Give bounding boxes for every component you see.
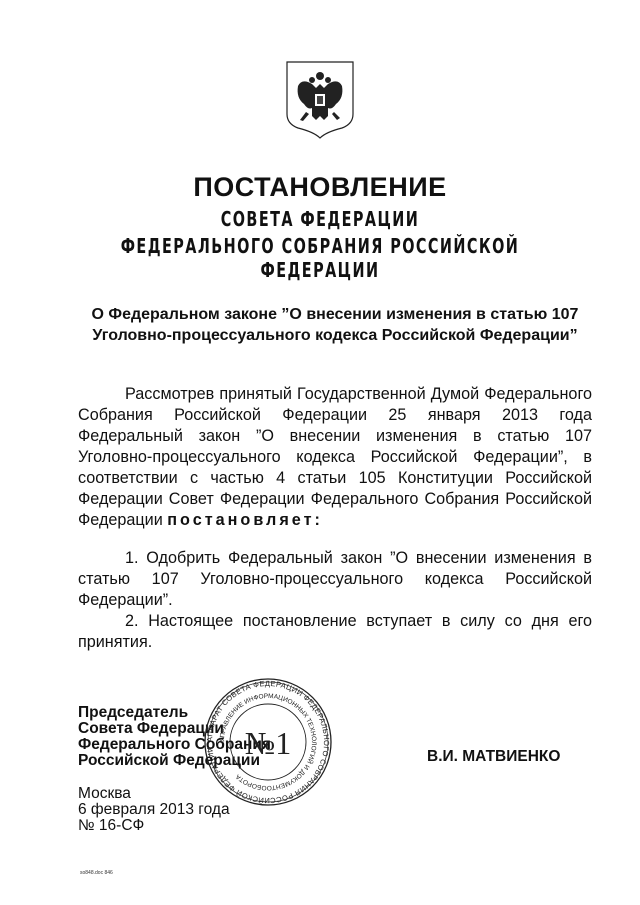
subject-line-2: Уголовно-процессуального кодекса Российс… <box>78 325 592 346</box>
signer-name: В.И. МАТВИЕНКО <box>427 748 560 766</box>
resolves-word: постановляет <box>167 511 314 529</box>
svg-text:№1: №1 <box>245 725 292 761</box>
preamble-text: Рассмотрев принятый Государственной Думо… <box>78 385 592 529</box>
issue-number: № 16-СФ <box>78 818 230 834</box>
coat-of-arms-icon <box>284 58 356 140</box>
preamble-paragraph: Рассмотрев принятый Государственной Думо… <box>78 384 592 531</box>
issue-place: Москва <box>78 786 230 802</box>
resolution-items: 1. Одобрить Федеральный закон ”О внесени… <box>78 548 592 653</box>
resolution-item: 2. Настоящее постановление вступает в си… <box>78 611 592 653</box>
document-title: ПОСТАНОВЛЕНИЕ <box>0 172 640 203</box>
file-footer: so848.doc 846 <box>80 870 113 876</box>
issue-details: Москва 6 февраля 2013 года № 16-СФ <box>78 786 230 834</box>
issuer-line-2: ФЕДЕРАЛЬНОГО СОБРАНИЯ РОССИЙСКОЙ ФЕДЕРАЦ… <box>90 234 551 282</box>
resolves-colon: : <box>315 511 323 529</box>
issue-date: 6 февраля 2013 года <box>78 802 230 818</box>
resolution-item: 1. Одобрить Федеральный закон ”О внесени… <box>78 548 592 611</box>
document-subject: О Федеральном законе ”О внесении изменен… <box>78 304 592 346</box>
subject-line-1: О Федеральном законе ”О внесении изменен… <box>78 304 592 325</box>
issuer-line-1: СОВЕТА ФЕДЕРАЦИИ <box>90 207 551 231</box>
